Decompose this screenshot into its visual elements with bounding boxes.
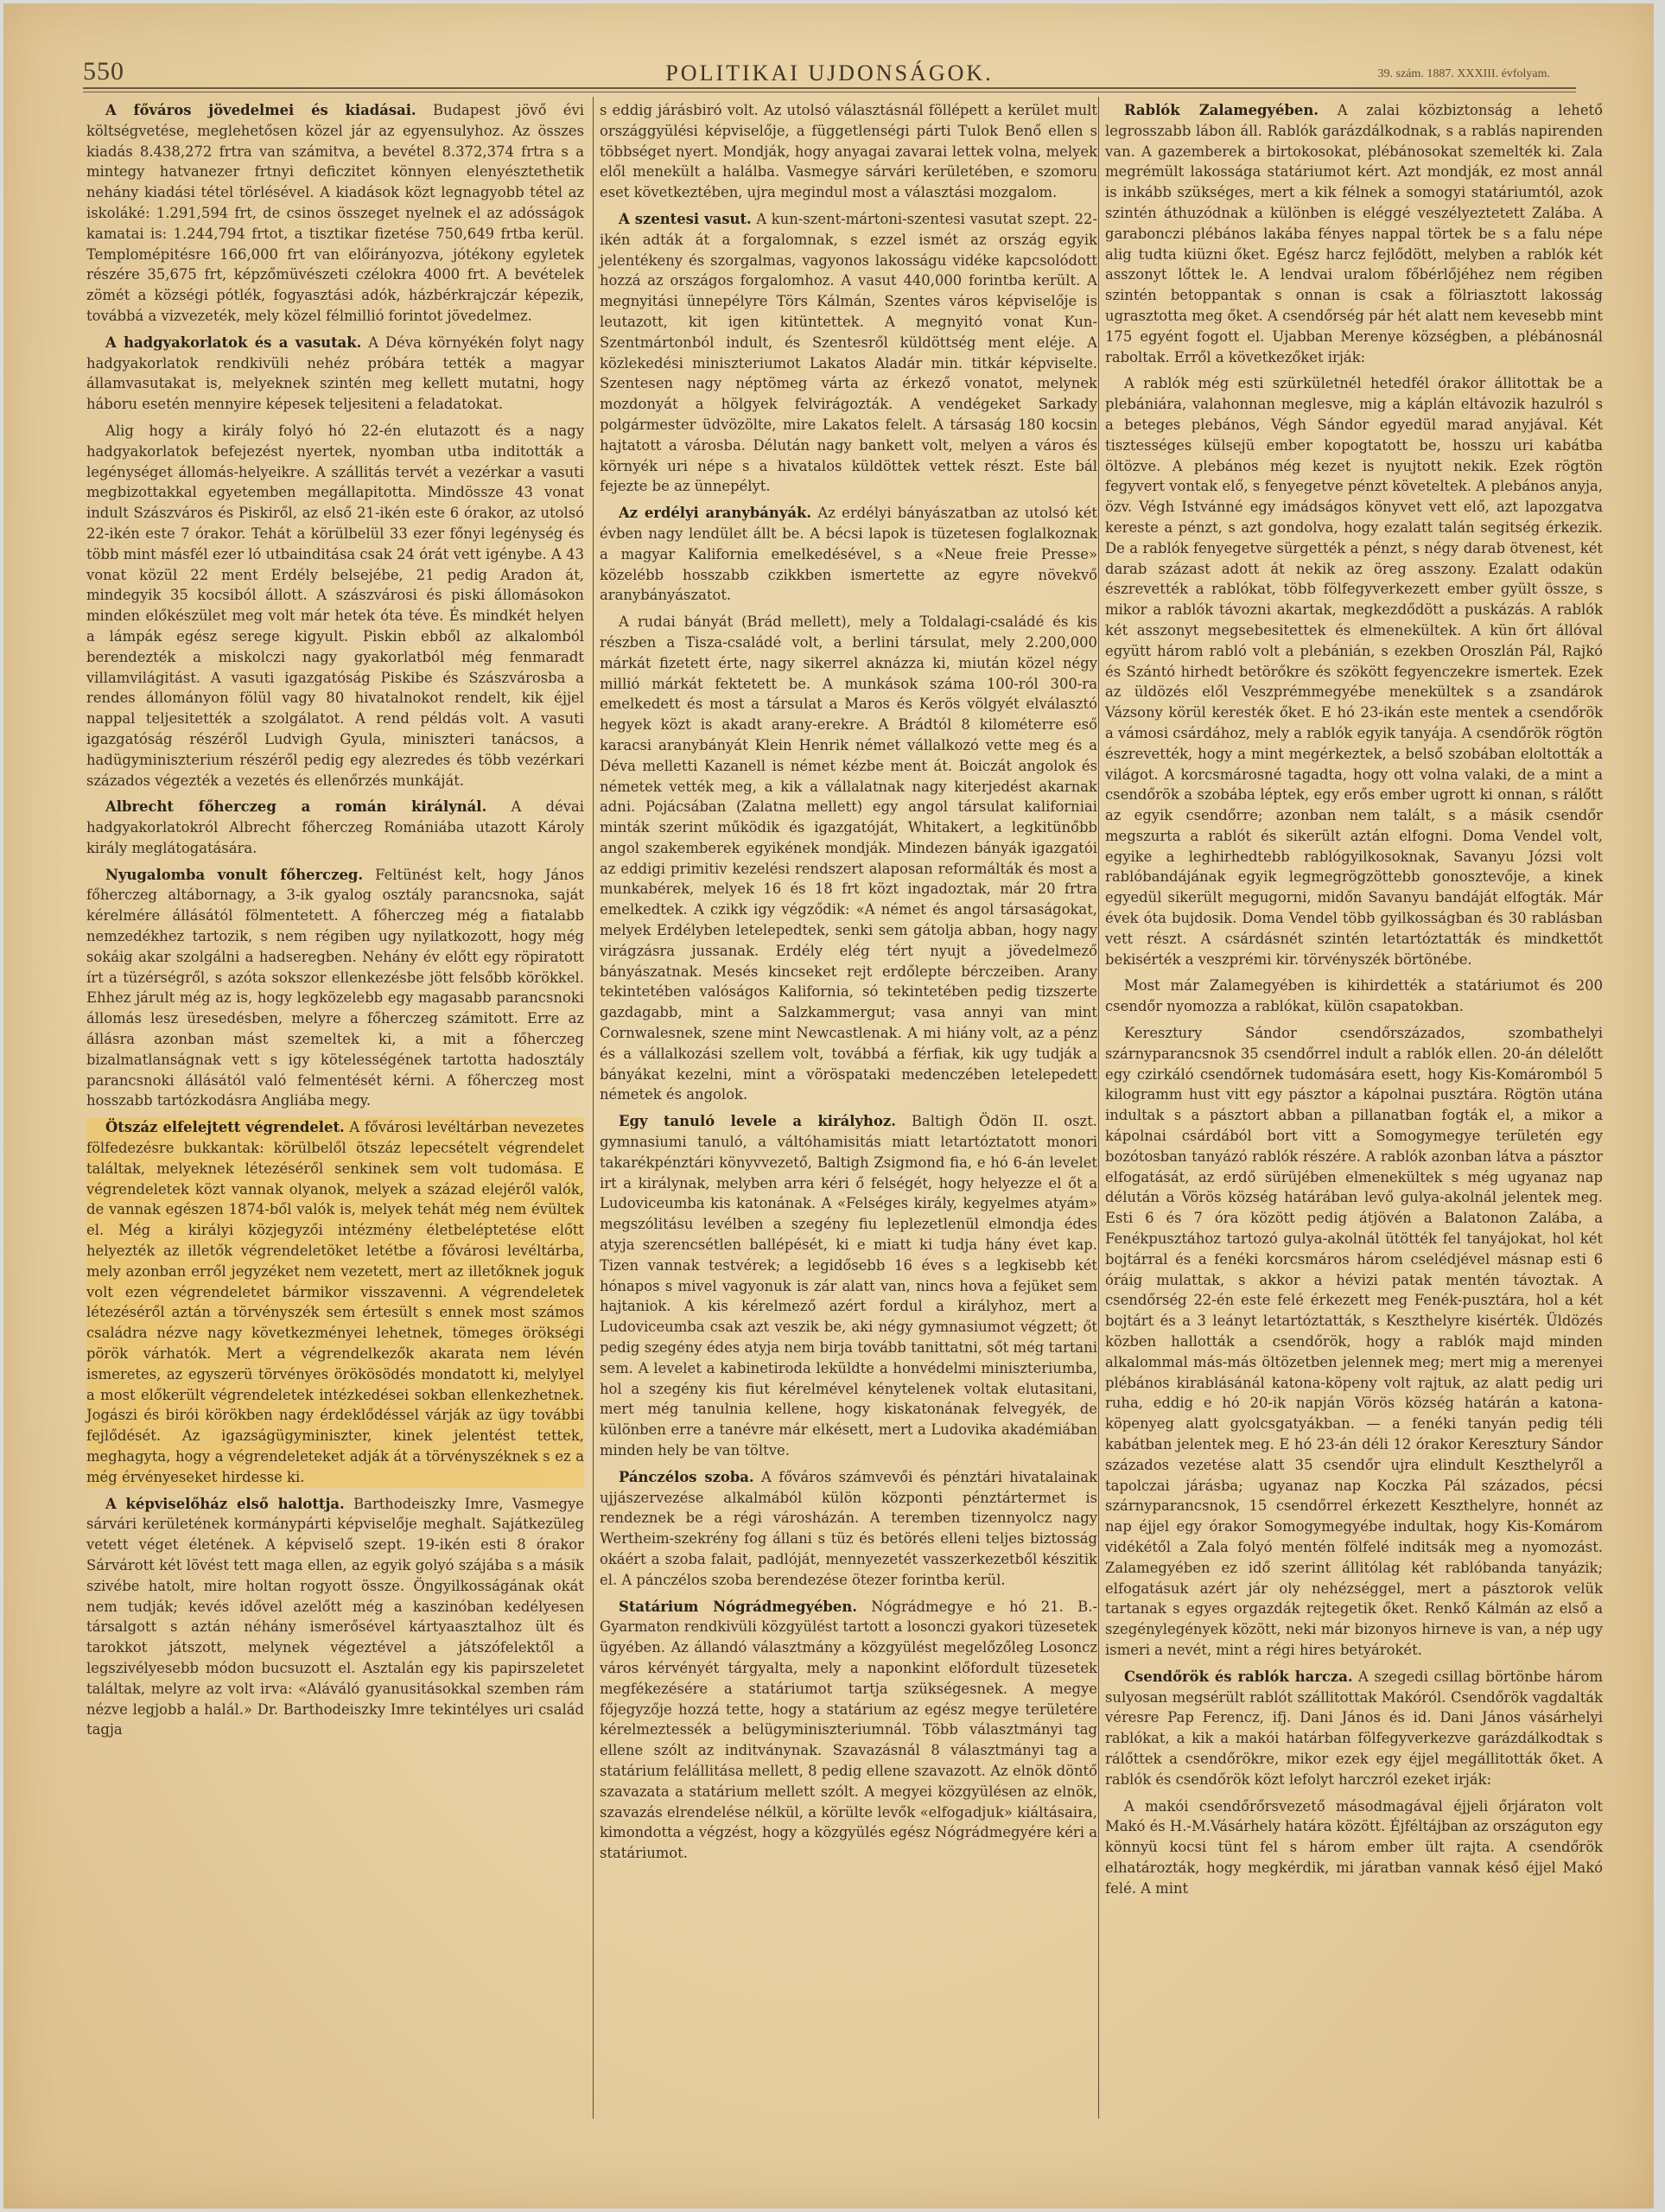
article-text: A főváros számvevői és pénztári hivatala…	[600, 1469, 1097, 1588]
article: Ötszáz elfelejtett végrendelet. A főváro…	[86, 1117, 584, 1487]
article-paragraph: A makói csendőrőrsvezető másodmagával éj…	[1105, 1796, 1603, 1899]
newspaper-title: POLITIKAI UJDONSÁGOK.	[83, 60, 1576, 86]
article: Statárium Nógrádmegyében. Nógrádmegye e …	[600, 1597, 1097, 1864]
article-heading: Az erdélyi aranybányák.	[619, 505, 811, 521]
article-paragraph: A hadgyakorlatok és a vasutak. A Déva kö…	[86, 333, 584, 415]
article-heading: A hadgyakorlatok és a vasutak.	[105, 334, 361, 351]
article-heading: A képviselőház első halottja.	[105, 1496, 345, 1512]
article-paragraph: A szentesi vasut. A kun-szent-mártoni-sz…	[600, 209, 1097, 497]
article: Rablók Zalamegyében. A zalai közbiztonsá…	[1105, 100, 1603, 1661]
article-heading: Egy tanuló levele a királyhoz.	[619, 1113, 896, 1129]
article-text: A szegedi csillag börtönbe három sulyosa…	[1105, 1669, 1603, 1788]
article-text: Feltünést kelt, hogy János főherczeg alt…	[86, 867, 584, 1109]
article-text: Most már Zalamegyében is kihirdették a s…	[1105, 977, 1603, 1014]
article: A hadgyakorlatok és a vasutak. A Déva kö…	[86, 333, 584, 791]
article-text: Barthodeiszky Imre, Vasmegye sárvári ker…	[86, 1496, 584, 1738]
article-heading: A szentesi vasut.	[619, 211, 752, 227]
column-2: s eddig járásbiró volt. Az utolsó válasz…	[600, 100, 1097, 1870]
newspaper-page: 550 POLITIKAI UJDONSÁGOK. 39. szám. 1887…	[3, 3, 1654, 2209]
article-paragraph: Egy tanuló levele a királyhoz. Baltigh Ö…	[600, 1111, 1097, 1461]
article-text: A rablók még esti szürkületnél hetedfél …	[1105, 375, 1603, 967]
article-paragraph: A főváros jövedelmei és kiadásai. Budape…	[86, 100, 584, 327]
article-paragraph: A rudai bányát (Brád mellett), mely a To…	[600, 612, 1097, 1105]
article-text: A zalai közbiztonság a lehető legrosszab…	[1105, 102, 1603, 365]
article-text: A rudai bányát (Brád mellett), mely a To…	[600, 613, 1097, 1103]
article: A főváros jövedelmei és kiadásai. Budape…	[86, 100, 584, 327]
article-paragraph: Ötszáz elfelejtett végrendelet. A főváro…	[86, 1117, 584, 1487]
article-text: A fővárosi levéltárban nevezetes fölfede…	[86, 1119, 584, 1485]
article-heading: Csendőrök és rablók harcza.	[1124, 1669, 1353, 1685]
masthead: 550 POLITIKAI UJDONSÁGOK. 39. szám. 1887…	[83, 57, 1576, 92]
article: Pánczélos szoba. A főváros számvevői és …	[600, 1467, 1097, 1591]
article-text: A kun-szent-mártoni-szentesi vasutat sze…	[600, 211, 1097, 494]
column-3: Rablók Zalamegyében. A zalai közbiztonsá…	[1105, 100, 1603, 1905]
article-heading: A főváros jövedelmei és kiadásai.	[105, 102, 416, 118]
article-heading: Pánczélos szoba.	[619, 1469, 754, 1485]
article: Csendőrök és rablók harcza. A szegedi cs…	[1105, 1667, 1603, 1899]
article-text: Budapest jövő évi költségvetése, meglehe…	[86, 102, 584, 324]
article-paragraph: Nyugalomba vonult főherczeg. Feltünést k…	[86, 865, 584, 1112]
article-paragraph: s eddig járásbiró volt. Az utolsó válasz…	[600, 100, 1097, 203]
article-paragraph: Alig hogy a király folyó hó 22-én elutaz…	[86, 421, 584, 791]
article: Egy tanuló levele a királyhoz. Baltigh Ö…	[600, 1111, 1097, 1461]
column-1: A főváros jövedelmei és kiadásai. Budape…	[86, 100, 584, 1746]
article-text: Baltigh Ödön II. oszt. gymnasiumi tanuló…	[600, 1113, 1097, 1459]
article-paragraph: Statárium Nógrádmegyében. Nógrádmegye e …	[600, 1597, 1097, 1864]
article-paragraph: A képviselőház első halottja. Barthodeis…	[86, 1494, 584, 1741]
masthead-rule-bottom	[83, 92, 1576, 92]
article-paragraph: Keresztury Sándor csendőrszázados, szomb…	[1105, 1023, 1603, 1661]
issue-info: 39. szám. 1887. XXXIII. évfolyam.	[1378, 67, 1550, 81]
article: s eddig járásbiró volt. Az utolsó válasz…	[600, 100, 1097, 203]
article-paragraph: Az erdélyi aranybányák. Az erdélyi bányá…	[600, 503, 1097, 606]
article-heading: Rablók Zalamegyében.	[1124, 102, 1319, 118]
article-heading: Albrecht főherczeg a román királynál.	[105, 798, 486, 815]
article: Az erdélyi aranybányák. Az erdélyi bányá…	[600, 503, 1097, 1105]
article-heading: Nyugalomba vonult főherczeg.	[105, 867, 363, 883]
article: Albrecht főherczeg a román királynál. A …	[86, 797, 584, 858]
column-divider	[1098, 97, 1099, 2119]
article-heading: Statárium Nógrádmegyében.	[619, 1599, 857, 1615]
article-text: s eddig járásbiró volt. Az utolsó válasz…	[600, 102, 1097, 200]
article: Nyugalomba vonult főherczeg. Feltünést k…	[86, 865, 584, 1112]
masthead-rule-top	[83, 87, 1576, 89]
article-text: Alig hogy a király folyó hó 22-én elutaz…	[86, 423, 584, 789]
article-text: Keresztury Sándor csendőrszázados, szomb…	[1105, 1025, 1603, 1658]
column-divider	[593, 97, 594, 2119]
article-text: A makói csendőrőrsvezető másodmagával éj…	[1105, 1798, 1603, 1897]
article: A képviselőház első halottja. Barthodeis…	[86, 1494, 584, 1741]
article-paragraph: Csendőrök és rablók harcza. A szegedi cs…	[1105, 1667, 1603, 1790]
article-text: Nógrádmegye e hó 21. B.-Gyarmaton rendki…	[600, 1599, 1097, 1862]
article-heading: Ötszáz elfelejtett végrendelet.	[105, 1119, 345, 1135]
article-paragraph: Pánczélos szoba. A főváros számvevői és …	[600, 1467, 1097, 1591]
article-paragraph: Albrecht főherczeg a román királynál. A …	[86, 797, 584, 858]
article-paragraph: Most már Zalamegyében is kihirdették a s…	[1105, 976, 1603, 1017]
article-paragraph: A rablók még esti szürkületnél hetedfél …	[1105, 373, 1603, 969]
article-paragraph: Rablók Zalamegyében. A zalai közbiztonsá…	[1105, 100, 1603, 367]
article: A szentesi vasut. A kun-szent-mártoni-sz…	[600, 209, 1097, 497]
